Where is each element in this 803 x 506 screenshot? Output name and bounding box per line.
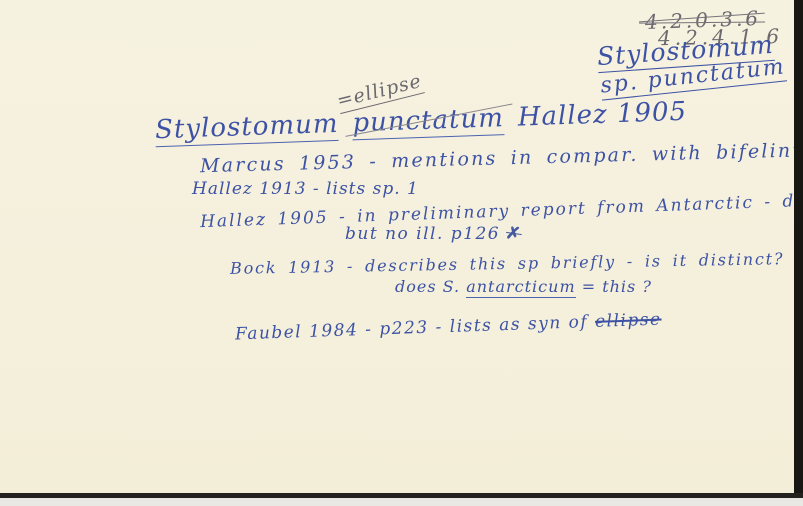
title-author-year: Hallez 1905 <box>517 97 687 133</box>
note-no-illustration-text: but no ill. p126 <box>345 224 500 244</box>
scribble-mark-icon: ✗ <box>505 223 523 245</box>
note-antarcticum-prefix: does S. <box>395 277 466 296</box>
note-faubel-1984: Faubel 1984 - p223 - lists as syn of ell… <box>235 310 662 345</box>
note-faubel-prefix: Faubel 1984 - p223 - lists as syn of <box>235 312 596 345</box>
note-bock-1913: Bock 1913 - describes this sp briefly - … <box>230 249 785 278</box>
note-no-illustration: but no ill. p126✗ <box>345 224 522 244</box>
card-title: StylostomumpunctatumHallez 1905 <box>155 97 688 148</box>
note-marcus-1953: Marcus 1953 - mentions in compar. with b… <box>200 139 803 177</box>
note-antarcticum-question: does S. antarcticum = this ? <box>395 277 652 296</box>
index-card: 4.2.0.3.6 4.2.4.1.6 Stylostomum sp. punc… <box>0 0 803 506</box>
scan-edge-right <box>794 0 803 506</box>
title-species: punctatum <box>352 103 505 140</box>
title-genus: Stylostomum <box>155 109 339 147</box>
scan-edge-bottom <box>0 493 803 498</box>
note-hallez-1913: Hallez 1913 - lists sp. 1 <box>192 179 419 199</box>
note-antarcticum-suffix: = this ? <box>576 277 652 296</box>
note-faubel-ellipse-word: ellipse <box>595 310 662 332</box>
note-antarcticum-word: antarcticum <box>466 277 575 298</box>
scan-edge-bottom-light <box>0 498 803 506</box>
